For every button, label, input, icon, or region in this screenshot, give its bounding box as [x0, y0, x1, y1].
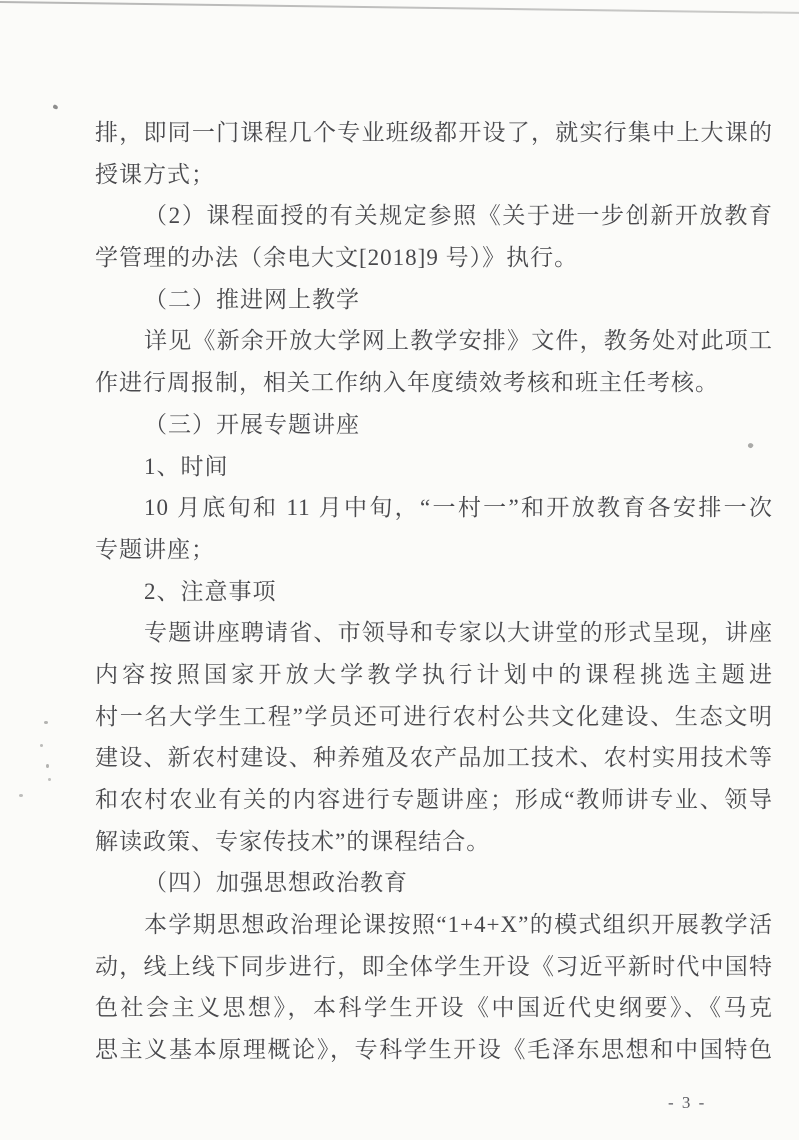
document-body: 排，即同一门课程几个专业班级都开设了，就实行集中上大课的授课方式；（2）课程面授… — [95, 112, 773, 1071]
text-line: 内容按照国家开放大学教学执行计划中的课程挑选主题进行，“一 — [95, 654, 773, 696]
text-line: 专题讲座； — [95, 529, 773, 571]
scan-speck — [40, 744, 43, 747]
text-line: 解读政策、专家传技术”的课程结合。 — [95, 821, 773, 863]
scan-speck — [48, 778, 51, 781]
text-line: 作进行周报制，相关工作纳入年度绩效考核和班主任考核。 — [95, 362, 773, 404]
scan-speck — [52, 104, 58, 110]
text-line: 思主义基本原理概论》，专科学生开设《毛泽东思想和中国特色 — [95, 1029, 773, 1071]
text-line: （2）课程面授的有关规定参照《关于进一步创新开放教育教 — [95, 195, 773, 237]
text-line: 建设、新农村建设、种养殖及农产品加工技术、农村实用技术等 — [95, 737, 773, 779]
text-line: 动，线上线下同步进行，即全体学生开设《习近平新时代中国特 — [95, 946, 773, 988]
text-line: 1、时间 — [95, 446, 773, 488]
text-line: 详见《新余开放大学网上教学安排》文件，教务处对此项工 — [95, 320, 773, 362]
text-line: 色社会主义思想》，本科学生开设《中国近代史纲要》、《马克 — [95, 987, 773, 1029]
text-line: （四）加强思想政治教育 — [95, 862, 773, 904]
text-line: 10 月底旬和 11 月中旬，“一村一”和开放教育各安排一次 — [95, 487, 773, 529]
scan-speck — [46, 764, 49, 768]
text-line: 专题讲座聘请省、市领导和专家以大讲堂的形式呈现，讲座 — [95, 612, 773, 654]
scan-edge-artifact — [0, 1, 799, 14]
scan-speck — [44, 721, 48, 724]
text-line: 授课方式； — [95, 154, 773, 196]
text-line: 和农村农业有关的内容进行专题讲座；形成“教师讲专业、领导 — [95, 779, 773, 821]
text-line: （三）开展专题讲座 — [95, 404, 773, 446]
text-line: 村一名大学生工程”学员还可进行农村公共文化建设、生态文明 — [95, 696, 773, 738]
page-number: - 3 - — [668, 1093, 706, 1113]
text-line: 排，即同一门课程几个专业班级都开设了，就实行集中上大课的 — [95, 112, 773, 154]
text-line: 2、注意事项 — [95, 571, 773, 613]
scan-speck — [19, 794, 23, 797]
text-line: 学管理的办法（余电大文[2018]9 号）》执行。 — [95, 237, 773, 279]
text-line: （二）推进网上教学 — [95, 279, 773, 321]
document-page: 排，即同一门课程几个专业班级都开设了，就实行集中上大课的授课方式；（2）课程面授… — [0, 0, 799, 1140]
text-line: 本学期思想政治理论课按照“1+4+X”的模式组织开展教学活 — [95, 904, 773, 946]
